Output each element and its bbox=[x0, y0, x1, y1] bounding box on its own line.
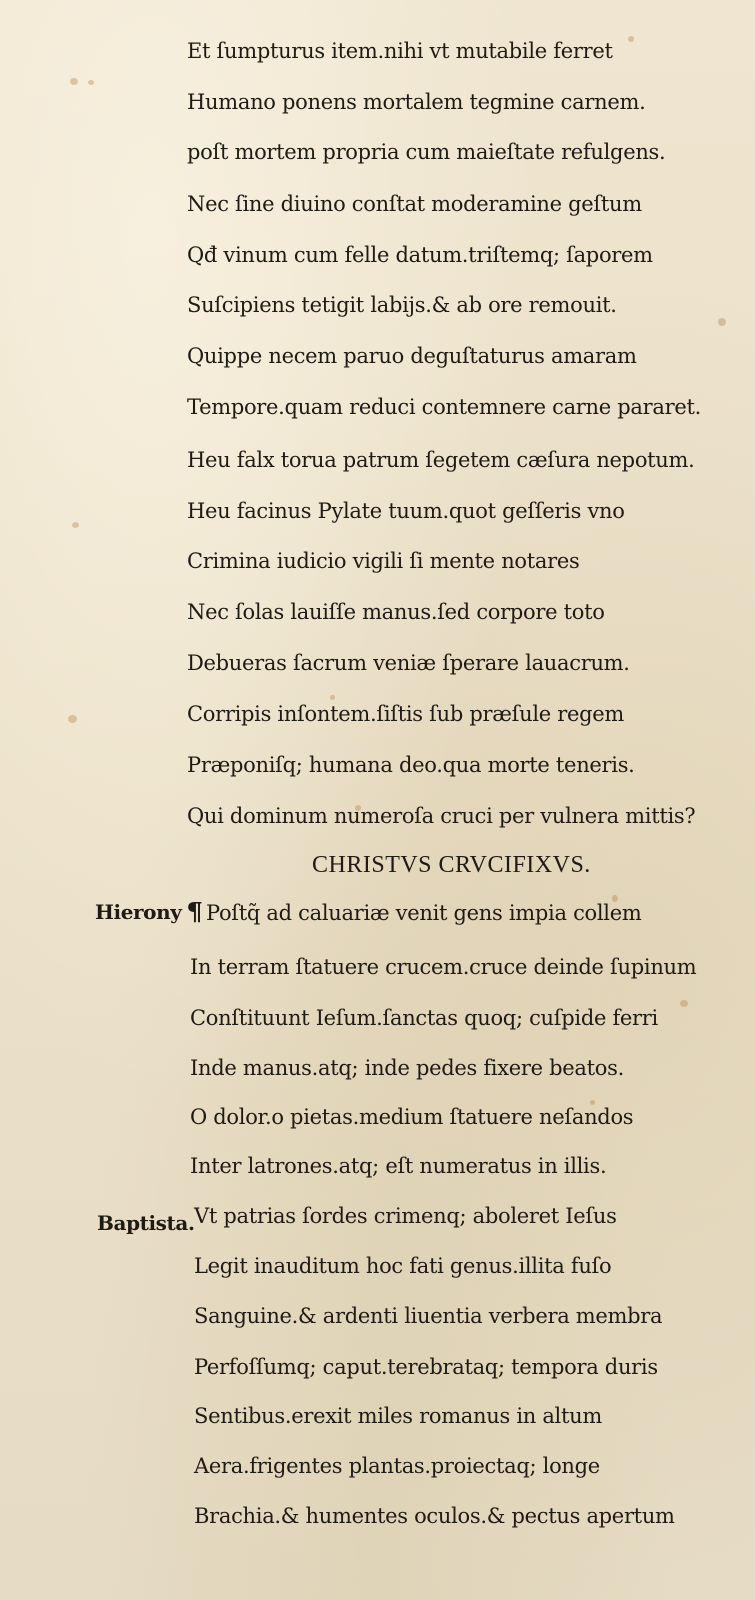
text-line: Perfoſſumq; caput.terebrataq; tempora du… bbox=[194, 1354, 658, 1380]
section-heading: CHRISTVS CRVCIFIXVS. bbox=[312, 851, 591, 879]
text-line: Suſcipiens tetigit labijs.& ab ore remou… bbox=[187, 292, 617, 318]
text-line: Nec ſine diuino conſtat moderamine geſtu… bbox=[187, 191, 642, 217]
text-line: Præponiſq; humana deo.qua morte teneris. bbox=[187, 752, 635, 778]
text-line: Crimina iudicio vigili ſi mente notares bbox=[187, 548, 579, 574]
text-line: Heu falx torua patrum ſegetem cæſura nep… bbox=[187, 447, 695, 473]
text-line: Debueras ſacrum veniæ ſperare lauacrum. bbox=[187, 650, 630, 676]
marginal-note-baptista: Baptista. bbox=[97, 1210, 195, 1236]
text-line: Qđ vinum cum felle datum.triſtemq; ſapor… bbox=[187, 242, 653, 268]
foxing-spot bbox=[628, 36, 634, 42]
text-line: Tempore.quam reduci contemnere carne par… bbox=[187, 394, 701, 420]
text-line: In terram ſtatuere crucem.cruce deinde ſ… bbox=[190, 954, 696, 980]
text-line: Sentibus.erexit miles romanus in altum bbox=[194, 1403, 602, 1429]
marginal-note-hierony: Hierony bbox=[95, 899, 181, 925]
text-line: Quippe necem paruo deguſtaturus amaram bbox=[187, 343, 637, 369]
text-line: Et ſumpturus item.nihi vt mutabile ferre… bbox=[187, 38, 613, 64]
book-page: Et ſumpturus item.nihi vt mutabile ferre… bbox=[0, 0, 755, 1600]
text-line: Qui dominum numeroſa cruci per vulnera m… bbox=[187, 803, 695, 829]
foxing-spot bbox=[718, 318, 726, 326]
text-line: Legit inauditum hoc fati genus.illita fu… bbox=[194, 1253, 611, 1279]
foxing-spot bbox=[68, 715, 77, 723]
foxing-spot bbox=[330, 695, 335, 700]
foxing-spot bbox=[680, 1000, 688, 1007]
foxing-spot bbox=[72, 522, 79, 528]
text-line-with-paragraph-mark: ¶Poſtq̃ ad caluariæ venit gens impia col… bbox=[187, 899, 641, 926]
text-line-content: Poſtq̃ ad caluariæ venit gens impia coll… bbox=[206, 901, 641, 925]
text-line: Sanguine.& ardenti liuentia verbera memb… bbox=[194, 1303, 662, 1329]
text-line: Inter latrones.atq; eſt numeratus in ill… bbox=[190, 1153, 606, 1179]
text-line: Aera.frigentes plantas.proiectaq; longe bbox=[194, 1453, 600, 1479]
text-line: Corripis inſontem.ſiſtis ſub præſule reg… bbox=[187, 701, 624, 727]
foxing-spot bbox=[88, 80, 94, 85]
text-line: poſt mortem propria cum maieſtate refulg… bbox=[187, 139, 665, 165]
text-line: Vt patrias ſordes crimenq; aboleret Ieſu… bbox=[194, 1203, 617, 1229]
text-line: Conſtituunt Ieſum.ſanctas quoq; cuſpide … bbox=[190, 1005, 658, 1031]
text-line: Nec ſolas lauiſſe manus.ſed corpore toto bbox=[187, 599, 605, 625]
paragraph-mark-icon: ¶ bbox=[186, 899, 202, 925]
text-line: Inde manus.atq; inde pedes fixere beatos… bbox=[190, 1055, 624, 1081]
foxing-spot bbox=[70, 78, 78, 85]
text-line: Humano ponens mortalem tegmine carnem. bbox=[187, 89, 645, 115]
text-line: Heu facinus Pylate tuum.quot geſſeris vn… bbox=[187, 498, 625, 524]
text-line: O dolor.o pietas.medium ſtatuere neſando… bbox=[190, 1104, 633, 1130]
text-line: Brachia.& humentes oculos.& pectus apert… bbox=[194, 1503, 675, 1529]
